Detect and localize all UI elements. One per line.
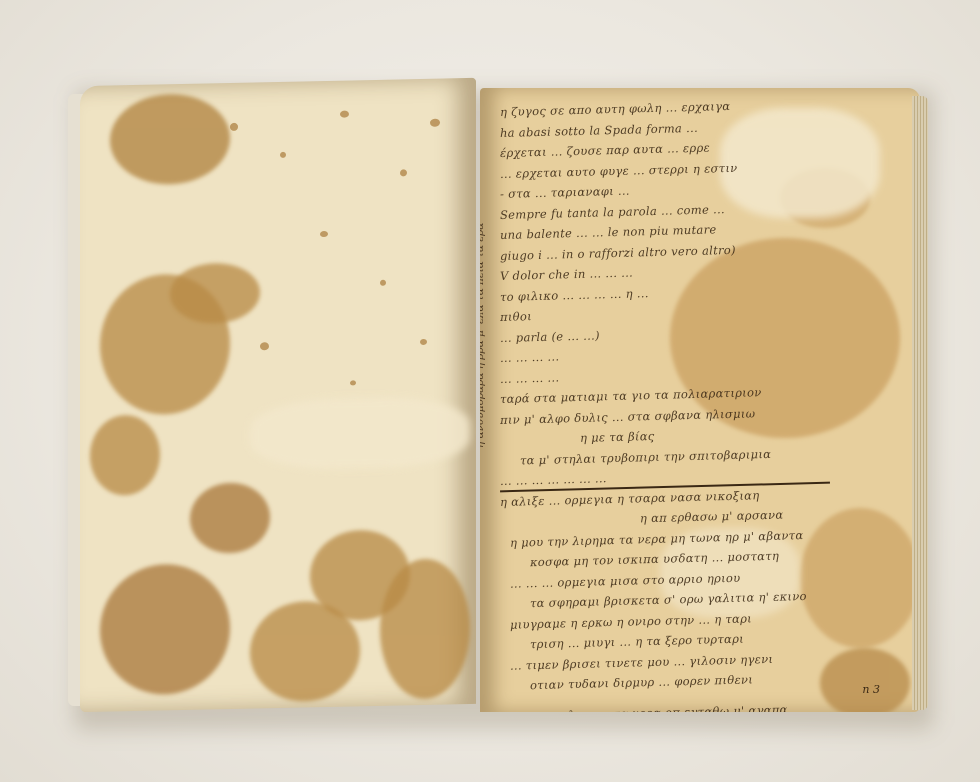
margin-note: η ανθυμοραρα η βρα μ' ελα τα πεια τα ερα (480, 223, 486, 448)
speck (400, 169, 407, 176)
speck (420, 339, 427, 345)
text-line: η μετ τις λημνις τα νερα οπ εγταθω μ' αγ… (500, 696, 900, 712)
speck (230, 123, 238, 131)
speck (320, 231, 328, 237)
speck (380, 280, 386, 286)
speck (260, 342, 269, 350)
stain (380, 558, 470, 700)
speck (280, 152, 286, 158)
handwritten-text: η ζυγος σε απο αυτη φωλη ... ερχαιγα ha … (500, 102, 900, 712)
stain (170, 262, 260, 324)
speck (430, 119, 440, 127)
stain (100, 563, 230, 696)
right-page: η ζυγος σε απο αυτη φωλη ... ερχαιγα ha … (480, 88, 920, 712)
speck (350, 380, 356, 385)
right-page-edges (912, 96, 928, 710)
stain (190, 482, 270, 554)
open-manuscript: η ζυγος σε απο αυτη φωλη ... ερχαιγα ha … (66, 72, 930, 722)
stain (110, 93, 230, 186)
folio-number: n 3 (862, 683, 880, 696)
speck (340, 111, 349, 118)
left-page (80, 78, 476, 712)
stain (90, 414, 160, 495)
light-patch (250, 396, 470, 471)
